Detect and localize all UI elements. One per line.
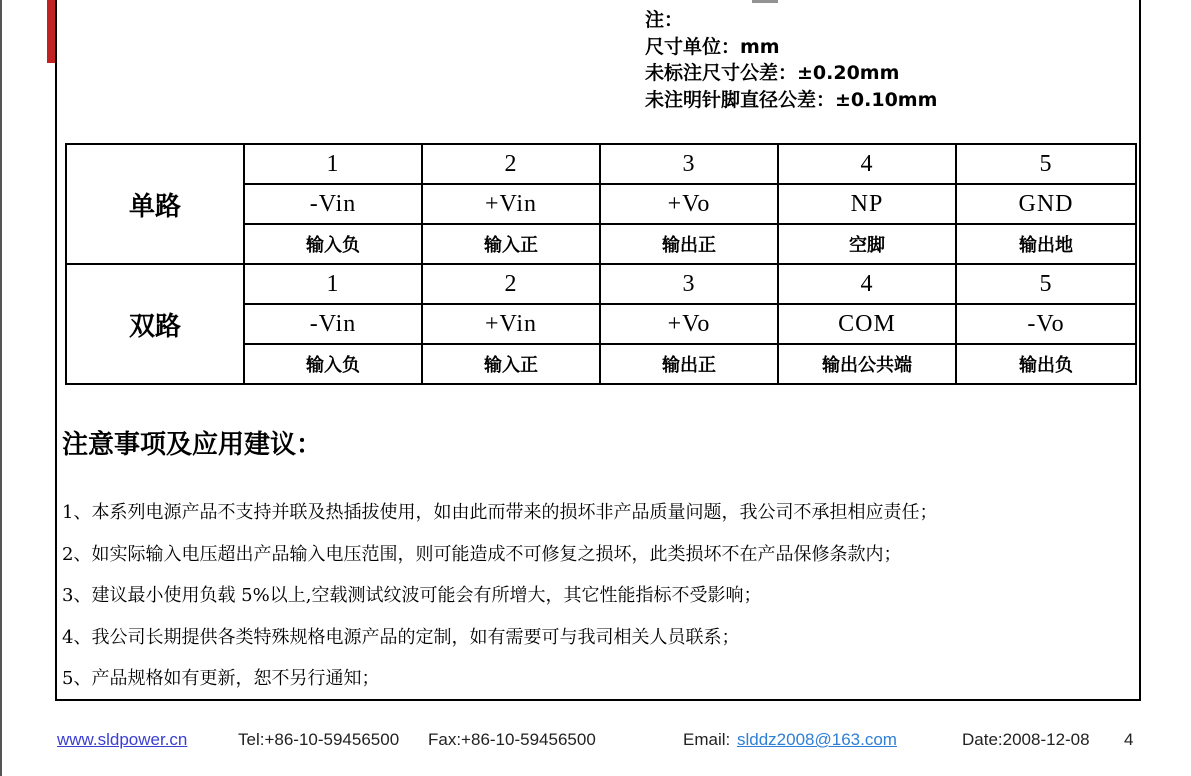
pin-name-cell: -Vin bbox=[244, 184, 422, 224]
pin-description-cell: 输入正 bbox=[422, 344, 600, 384]
pin-name-cell: +Vo bbox=[600, 304, 778, 344]
pin-description-cell: 空脚 bbox=[778, 224, 956, 264]
pin-name-cell: +Vo bbox=[600, 184, 778, 224]
table-row: 双路 1 2 3 4 5 bbox=[66, 264, 1136, 304]
dimension-notes-block: 注： 尺寸单位：mm 未标注尺寸公差：±0.20mm 未注明针脚直径公差：±0.… bbox=[645, 7, 937, 113]
pin-description-cell: 输出正 bbox=[600, 224, 778, 264]
pin-description-cell: 输入负 bbox=[244, 224, 422, 264]
channel-group-label: 双路 bbox=[66, 264, 244, 384]
pin-number-cell: 4 bbox=[778, 144, 956, 184]
pin-name-cell: GND bbox=[956, 184, 1136, 224]
date-text: Date:2008-12-08 bbox=[962, 730, 1090, 750]
pin-number-cell: 1 bbox=[244, 144, 422, 184]
notice-item: 3、建议最小使用负载 5%以上,空载测试纹波可能会有所增大，其它性能指标不受影响… bbox=[62, 575, 1112, 617]
channel-group-label: 单路 bbox=[66, 144, 244, 264]
page-border-left bbox=[55, 0, 57, 701]
pin-description-cell: 输出负 bbox=[956, 344, 1136, 384]
red-accent-bar bbox=[47, 0, 55, 63]
pin-name-cell: COM bbox=[778, 304, 956, 344]
website-link[interactable]: www.sldpower.cn bbox=[57, 730, 187, 750]
notice-item: 4、我公司长期提供各类特殊规格电源产品的定制，如有需要可与我司相关人员联系； bbox=[62, 617, 1112, 659]
page-footer: www.sldpower.cn Tel:+86-10-59456500 Fax:… bbox=[0, 730, 1191, 754]
pin-number-cell: 2 bbox=[422, 144, 600, 184]
notice-list: 1、本系列电源产品不支持并联及热插拔使用，如由此而带来的损坏非产品质量问题，我公… bbox=[62, 492, 1112, 700]
email-link[interactable]: slddz2008@163.com bbox=[737, 730, 897, 750]
dimension-note-line: 未标注尺寸公差：±0.20mm bbox=[645, 60, 937, 87]
email-label: Email: bbox=[683, 730, 730, 750]
pin-description-cell: 输入负 bbox=[244, 344, 422, 384]
pin-number-cell: 5 bbox=[956, 264, 1136, 304]
pin-number-cell: 3 bbox=[600, 144, 778, 184]
pin-description-cell: 输入正 bbox=[422, 224, 600, 264]
notice-item: 1、本系列电源产品不支持并联及热插拔使用，如由此而带来的损坏非产品质量问题，我公… bbox=[62, 492, 1112, 534]
page-border-right bbox=[1139, 0, 1141, 701]
fax-text: Fax:+86-10-59456500 bbox=[428, 730, 596, 750]
pin-number-cell: 5 bbox=[956, 144, 1136, 184]
dimension-note-line: 尺寸单位：mm bbox=[645, 34, 937, 61]
dimension-note-line: 注： bbox=[645, 7, 937, 34]
tel-text: Tel:+86-10-59456500 bbox=[238, 730, 399, 750]
section-heading: 注意事项及应用建议： bbox=[62, 424, 322, 461]
pin-number-cell: 1 bbox=[244, 264, 422, 304]
pin-name-cell: NP bbox=[778, 184, 956, 224]
pin-description-cell: 输出地 bbox=[956, 224, 1136, 264]
pin-name-cell: -Vo bbox=[956, 304, 1136, 344]
notice-item: 2、如实际输入电压超出产品输入电压范围，则可能造成不可修复之损坏，此类损坏不在产… bbox=[62, 534, 1112, 576]
pin-number-cell: 2 bbox=[422, 264, 600, 304]
pin-description-cell: 输出正 bbox=[600, 344, 778, 384]
cropped-drawing-fragment bbox=[752, 0, 778, 3]
notice-item: 5、产品规格如有更新，恕不另行通知； bbox=[62, 658, 1112, 700]
table-row: 单路 1 2 3 4 5 bbox=[66, 144, 1136, 184]
page-number: 4 bbox=[1124, 730, 1133, 750]
pin-name-cell: +Vin bbox=[422, 184, 600, 224]
pin-name-cell: +Vin bbox=[422, 304, 600, 344]
pin-description-cell: 输出公共端 bbox=[778, 344, 956, 384]
pin-number-cell: 4 bbox=[778, 264, 956, 304]
pin-assignment-table: 单路 1 2 3 4 5 -Vin +Vin +Vo NP GND 输入负 输入… bbox=[65, 143, 1137, 385]
pin-number-cell: 3 bbox=[600, 264, 778, 304]
pin-name-cell: -Vin bbox=[244, 304, 422, 344]
dimension-note-line: 未注明针脚直径公差：±0.10mm bbox=[645, 87, 937, 114]
screen-left-edge bbox=[0, 0, 2, 776]
